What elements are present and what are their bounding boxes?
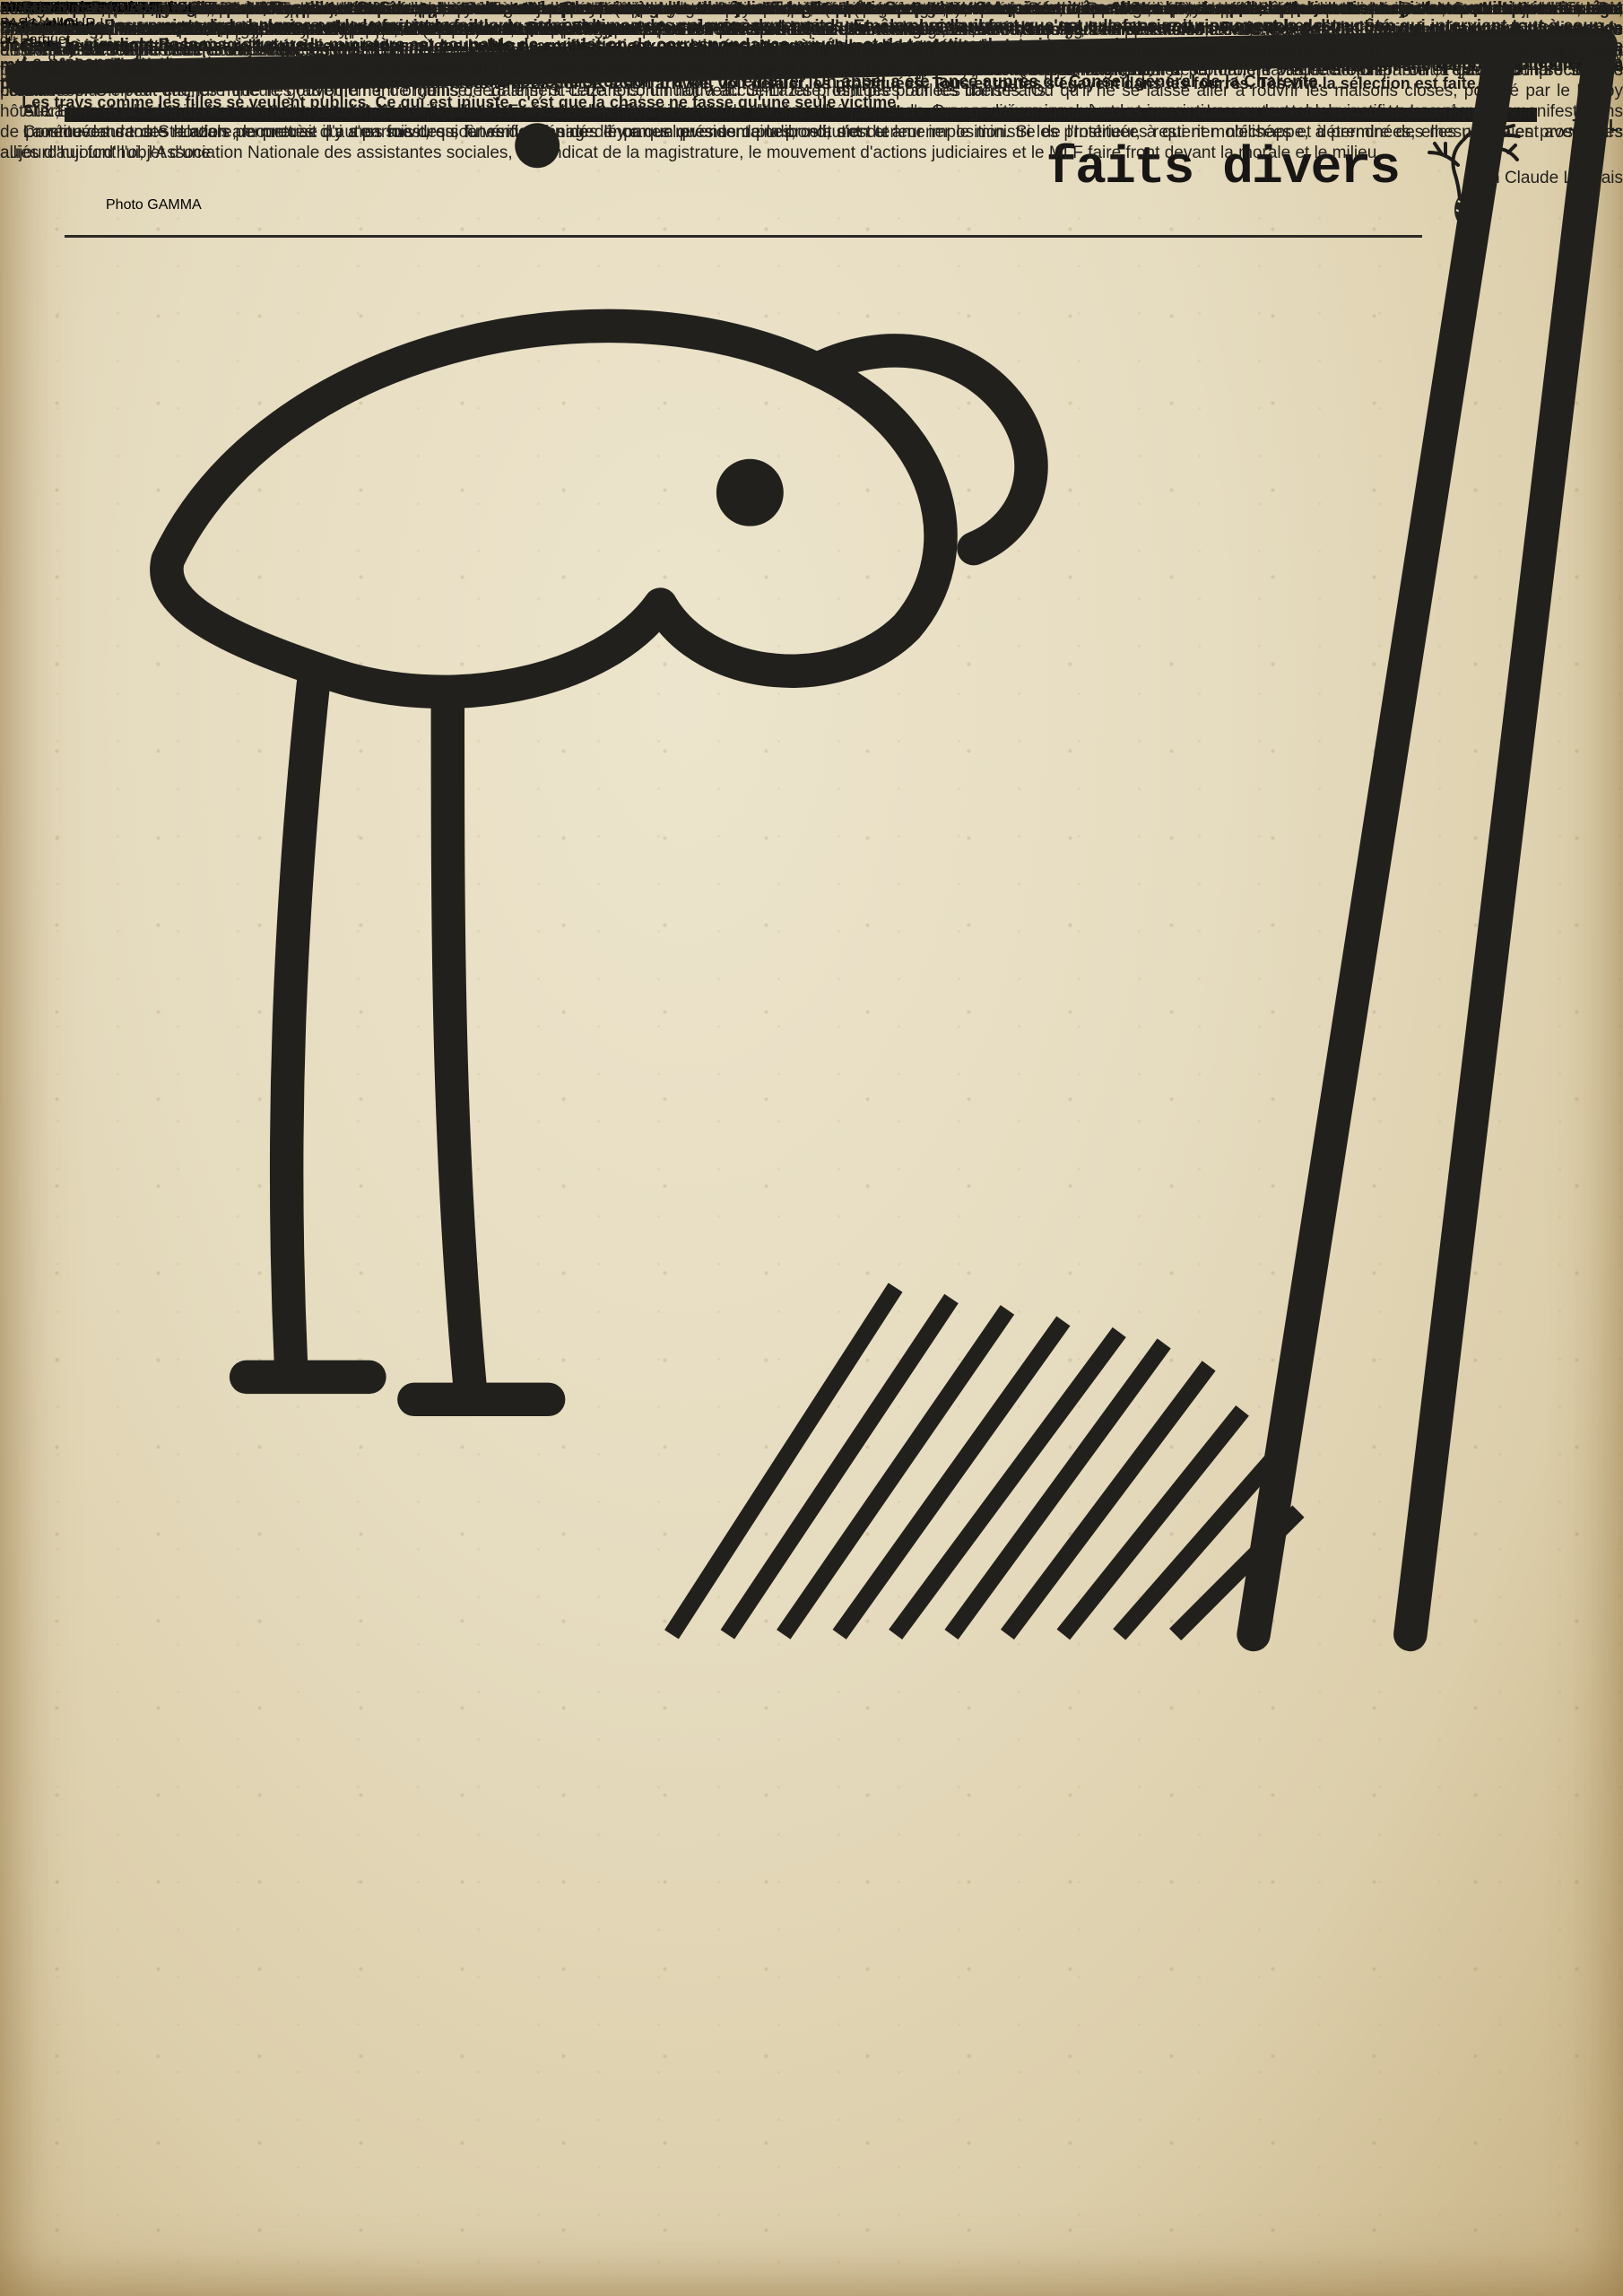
- pinball-illustration: [0, 0, 1623, 1657]
- newspaper-page: 9 faits divers Photo GAMMA Photo Gamma P…: [0, 0, 1623, 2296]
- article-column: monde d'un sac contenant 150 000 F. Il r…: [0, 0, 1623, 41]
- paragraph: monde d'un sac contenant 150 000 F. Il r…: [0, 0, 1623, 41]
